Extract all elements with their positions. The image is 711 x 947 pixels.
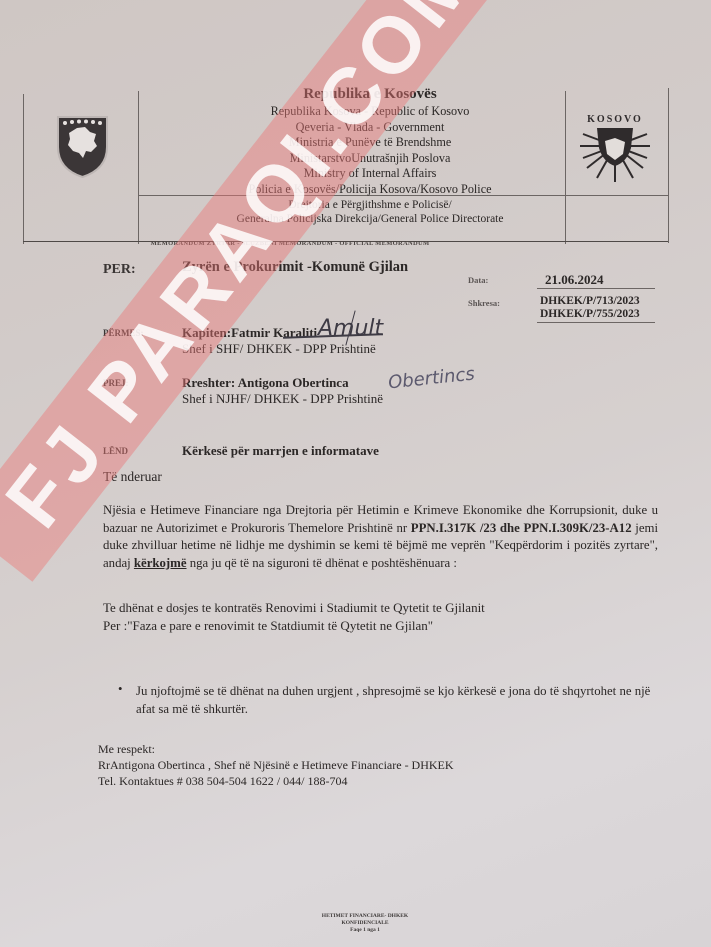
frame-line [23, 94, 24, 244]
date-value: 21.06.2024 [545, 272, 604, 288]
emblem-text: KOSOVO [587, 114, 643, 125]
kosovo-police-emblem-icon: KOSOVO [575, 106, 655, 186]
requested-data-line: Te dhënat e dosjes te kontratës Renovimi… [103, 599, 485, 617]
signature-prej: Obertincs [387, 364, 476, 394]
page-footer: HETIMET FINANCIARE- DHKEK KONFIDENCIALE … [280, 913, 450, 934]
per-label: PER: [103, 262, 136, 278]
closing-signatory: RrAntigona Obertinca , Shef në Njësinë e… [98, 757, 454, 773]
frame-line [668, 88, 669, 243]
footer-line: KONFIDENCIALE [280, 920, 450, 927]
kosovo-coat-of-arms-icon [55, 113, 110, 179]
case-reference: PPN.I.309K/23-A12 [524, 521, 632, 535]
body-paragraph: Njësia e Hetimeve Financiare nga Drejtor… [103, 502, 658, 572]
prej-role: Shef i NJHF/ DHKEK - DPP Prishtinë [182, 391, 383, 407]
bullet-icon: • [118, 681, 122, 699]
requested-data: Te dhënat e dosjes te kontratës Renovimi… [103, 599, 485, 634]
footer-line: HETIMET FINANCIARE- DHKEK [280, 913, 450, 920]
para-text: nga ju që të na siguroni të dhënat e pos… [190, 556, 457, 570]
reference-label: Shkresa: [468, 298, 500, 308]
case-reference: PPN.I.317K /23 [411, 521, 496, 535]
reference-value: DHKEK/P/755/2023 [540, 308, 640, 320]
closing-regards: Me respekt: [98, 741, 454, 757]
bullet-text: Ju njoftojmë se të dhënat na duhen urgje… [136, 683, 656, 718]
footer-line: Faqe 1 nga 1 [280, 927, 450, 934]
closing-contact: Tel. Kontaktues # 038 504-504 1622 / 044… [98, 773, 454, 789]
request-word: kërkojmë [134, 556, 187, 570]
subject-value: Kërkesë për marrjen e informatave [182, 443, 379, 459]
reference-underline [537, 322, 655, 323]
closing-block: Me respekt: RrAntigona Obertinca , Shef … [98, 741, 454, 789]
date-underline [537, 288, 655, 289]
reference-value: DHKEK/P/713/2023 [540, 295, 640, 307]
frame-line [565, 91, 566, 244]
requested-data-line: Per :"Faza e pare e renovimit te Statdiu… [103, 617, 485, 635]
frame-line [138, 91, 139, 244]
date-label: Data: [468, 275, 488, 285]
prej-name: Rreshter: Antigona Obertinca [182, 375, 349, 391]
para-text: dhe [500, 521, 520, 535]
